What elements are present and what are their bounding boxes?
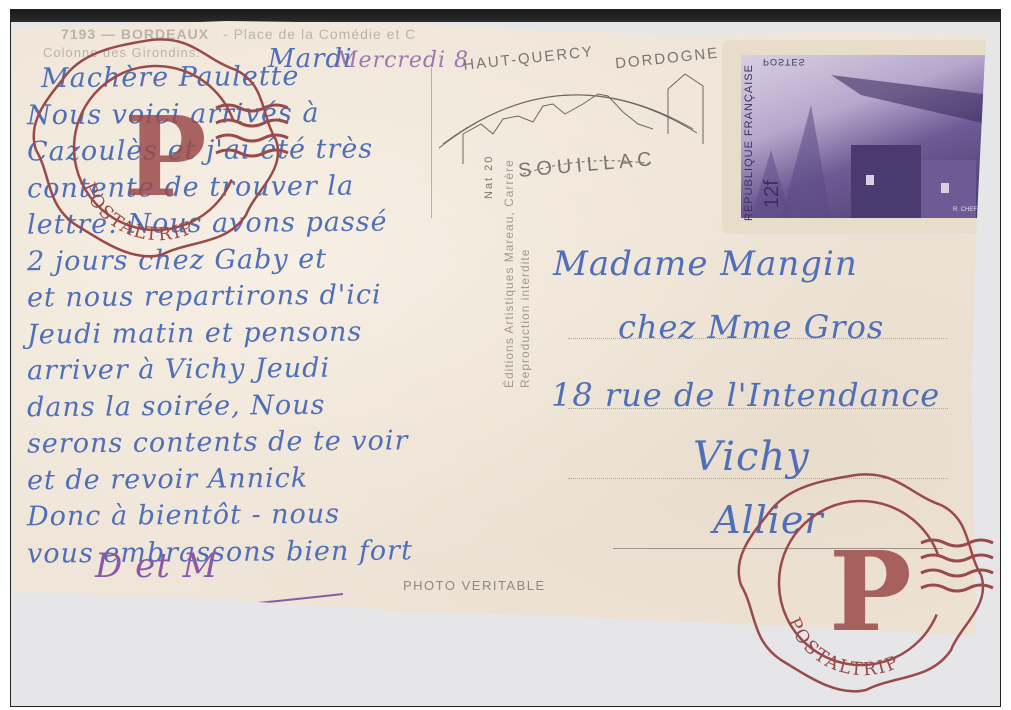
- message-line: Donc à bientôt - nous: [27, 499, 340, 533]
- address-line-text: chez Mme Gros: [618, 308, 884, 346]
- message-line: dans la soirée, Nous: [27, 389, 326, 423]
- stamp-engraver: R. CHEFFER: [953, 207, 989, 213]
- stamp-value: 12f: [761, 180, 784, 208]
- stamp-country: REPUBLIQUE FRANÇAISE: [743, 64, 755, 221]
- stamp-place: QUIMPER: [981, 129, 991, 178]
- postaltrip-stamp-icon: P POSTALTRIP: [736, 465, 996, 695]
- message-line: Jeudi matin et pensons: [27, 316, 363, 350]
- message-line: vous embrassons bien fort: [27, 535, 413, 569]
- scan-frame: 7193 — BORDEAUX- Place de la Comédie et …: [10, 9, 1001, 707]
- message-line: et de revoir Annick: [27, 462, 308, 495]
- scan-shadow: [11, 10, 1000, 22]
- photo-veritable-label: PHOTO VERITABLE: [403, 578, 546, 593]
- signature-underline-icon: [113, 576, 353, 626]
- address-line-text: Madame Mangin: [553, 244, 858, 284]
- card-divider: [431, 68, 432, 218]
- date-overwrite: Mercredi 8: [335, 48, 469, 73]
- address-line-text: 18 rue de l'Intendance: [551, 376, 940, 414]
- watermark-top-left: P POSTALTRIP: [31, 30, 291, 260]
- postaltrip-stamp-icon: P POSTALTRIP: [31, 30, 291, 260]
- postmark-highway: Nat 20: [483, 155, 495, 199]
- watermark-bottom-right: P POSTALTRIP: [736, 465, 996, 695]
- postage-stamp: REPUBLIQUE FRANÇAISE POSTES 12f QUIMPER …: [725, 43, 1001, 231]
- svg-text:P: P: [124, 92, 207, 221]
- message-line: serons contents de te voir: [27, 425, 409, 459]
- stamp-service: POSTES: [763, 57, 806, 67]
- message-line: et nous repartirons d'ici: [27, 279, 382, 313]
- message-line: arriver à Vichy Jeudi: [27, 353, 330, 387]
- svg-text:P: P: [829, 527, 912, 656]
